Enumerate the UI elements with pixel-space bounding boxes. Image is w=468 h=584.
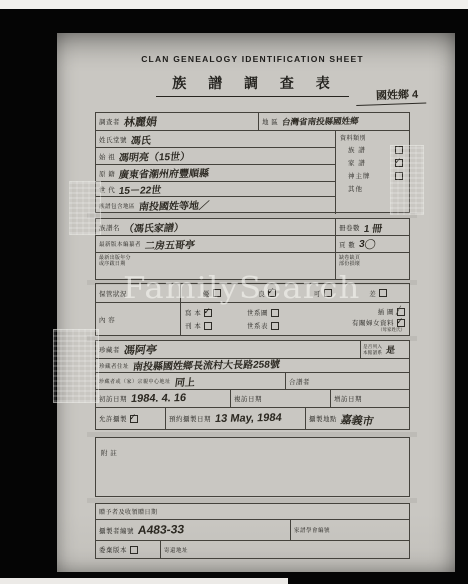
region-value: 台灣省南投縣國姓鄉 — [282, 114, 360, 127]
family-genealogy-checkbox-icon — [395, 159, 403, 167]
block-notes: 附 註 — [95, 437, 410, 497]
volumes-label: 冊卷數 — [339, 223, 360, 232]
women-data-checkbox-icon — [397, 319, 405, 327]
row-generations: 世 代 15－22世 — [96, 182, 335, 197]
content-printed: 刊 本 — [185, 319, 247, 332]
film-place-label: 攝製地點 — [309, 414, 337, 423]
english-title: CLAN GENEALOGY IDENTIFICATION SHEET — [95, 54, 410, 64]
row-coverage: 族譜包含地區 南投國姓等地／ — [96, 197, 335, 214]
clan-genealogy-checkbox-icon — [395, 146, 403, 154]
keeper-address-label: 珍藏者住址 — [99, 362, 129, 370]
content-options: 寫 本 刊 本 世系圖 世系表 插 圖 有關婦女資料 （母家姓氏） — [181, 303, 409, 335]
genealogy-name-value: （馮氏家譜） — [123, 218, 185, 234]
generations-value: 15－22世 — [118, 181, 162, 197]
content-label: 內 容 — [99, 315, 115, 324]
compiler-value: 二房五哥亭 — [144, 236, 196, 252]
material-item-family: 家 譜 — [340, 156, 405, 169]
keeper-value: 馮阿亭 — [123, 341, 158, 358]
return-address-label: 寄還地址 — [164, 546, 188, 554]
material-type-label: 資料類別 — [340, 133, 405, 142]
film-permit-checkbox-icon — [130, 415, 138, 423]
film-number-label: 攝製者編號 — [99, 526, 134, 535]
row-title-volumes: 族譜名 （馮氏家譜） 冊卷數 1 冊 — [96, 219, 409, 236]
discard-checkbox-icon — [130, 546, 138, 554]
pages-value: 3◯ — [359, 238, 377, 249]
co-compiler-label: 合譜者 — [289, 377, 310, 386]
ancestor-label: 始 祖 — [99, 152, 115, 161]
good-checkbox-icon — [268, 289, 276, 297]
block-condition-content: 保管狀況 優 良 可 差 內 容 寫 本 刊 本 — [95, 283, 410, 336]
row-origin: 原 籍 廣東省潮州府豐順縣 — [96, 165, 335, 182]
material-item-clan: 族 譜 — [340, 143, 405, 156]
condition-label: 保管狀況 — [99, 289, 127, 298]
ancestral-tablet-checkbox-icon — [395, 172, 403, 180]
scanner-bottom-strip — [0, 578, 288, 584]
coverage-value: 南投國姓等地／ — [138, 197, 210, 213]
film-number-value: A483-33 — [137, 522, 185, 537]
row-film-number: 攝製者編號 A483-33 家譜學會編號 — [96, 520, 409, 541]
center-address-value: 同上 — [174, 373, 196, 388]
second-visit-label: 複訪日期 — [234, 394, 262, 403]
volumes-value: 1 冊 — [363, 219, 383, 234]
film-date-value: 13 May, 1984 — [214, 411, 282, 424]
surveyor-value: 林麗娟 — [123, 113, 158, 130]
region-label: 地 區 — [262, 117, 278, 126]
row-surveyor-region: 調查者 林麗娟 地 區 台灣省南投縣國姓鄉 — [96, 113, 409, 131]
notes-label: 附 註 — [101, 450, 117, 457]
block-keeper: 珍藏者 馮阿亭 是否列入 本館譜系 是 珍藏者住址 南投縣國姓鄉長流村大長路25… — [95, 340, 410, 430]
center-address-label: 珍藏者或（家）宗親中心地址 — [99, 378, 171, 385]
donor-label: 贈予者及收領贈日期 — [99, 507, 158, 516]
keeper-label: 珍藏者 — [99, 345, 120, 354]
lineage-table-checkbox-icon — [271, 322, 279, 330]
region-cell: 地 區 台灣省南投縣國姓鄉 — [259, 113, 409, 130]
pubyear-label: 最新出版年分 或序跋日期 — [99, 255, 131, 268]
identity-left-column: 姓氏堂號 馮氏 始 祖 馮明亮（15世） 原 籍 廣東省潮州府豐順縣 — [96, 131, 336, 214]
origin-label: 原 籍 — [99, 169, 115, 178]
row-compiler-pages: 最新版本編纂者 二房五哥亭 頁 數 3◯ — [96, 236, 409, 253]
block-edition: 族譜名 （馮氏家譜） 冊卷數 1 冊 最新版本編纂者 二房五哥亭 頁 數 3◯ — [95, 218, 410, 280]
society-number-label: 家譜學會編號 — [294, 526, 330, 534]
condition-good: 良 — [258, 287, 276, 300]
printed-checkbox-icon — [204, 322, 212, 330]
row-visit-dates: 初訪日期 1984. 4. 16 複訪日期 增訪日期 — [96, 390, 409, 408]
genealogy-form-document: CLAN GENEALOGY IDENTIFICATION SHEET 族 譜 … — [57, 33, 455, 572]
row-center-address: 珍藏者或（家）宗親中心地址 同上 合譜者 — [96, 373, 409, 390]
block-admin: 贈予者及收領贈日期 攝製者編號 A483-33 家譜學會編號 委棄版本 — [95, 503, 410, 559]
row-discard: 委棄版本 寄還地址 — [96, 541, 409, 558]
missing-label: 缺卷缺頁 部份損壞 — [339, 255, 360, 268]
scanned-page: CLAN GENEALOGY IDENTIFICATION SHEET 族 譜 … — [0, 0, 468, 584]
listed-value: 是 — [385, 343, 396, 356]
discard-label: 委棄版本 — [99, 545, 127, 554]
content-women-data: 有關婦女資料 （母家姓氏） — [352, 318, 405, 333]
compiler-label: 最新版本編纂者 — [99, 240, 141, 248]
content-lineage-table: 世系表 — [247, 319, 323, 332]
material-type-column: 資料類別 族 譜 家 譜 神主牌 其他 — [336, 131, 409, 214]
listed-label: 是否列入 本館譜系 — [363, 344, 382, 355]
film-permit-label: 允許攝製 — [99, 414, 127, 423]
keeper-address-value: 南投縣國姓鄉長流村大長路258號 — [132, 355, 281, 373]
content-manuscript: 寫 本 — [185, 306, 247, 319]
row-content: 內 容 寫 本 刊 本 世系圖 世系表 插 圖 有關婦女資料 — [96, 303, 409, 335]
first-visit-value: 1984. 4. 16 — [130, 392, 187, 405]
ancestor-value: 馮明亮（15世） — [118, 147, 191, 163]
row-condition: 保管狀況 優 良 可 差 — [96, 284, 409, 303]
women-data-note: （母家姓氏） — [378, 327, 405, 333]
film-date-label: 預約攝製日期 — [169, 414, 211, 423]
surveyor-label: 調查者 — [99, 117, 120, 126]
hall-value: 馮氏 — [130, 131, 152, 146]
coverage-label: 族譜包含地區 — [99, 202, 135, 210]
condition-fair: 可 — [314, 287, 332, 300]
condition-poor: 差 — [369, 287, 387, 300]
illustrations-checkbox-icon — [397, 308, 405, 316]
surveyor-cell: 調查者 林麗娟 — [96, 113, 259, 130]
corner-annotation: 國姓鄉 4 — [319, 87, 459, 106]
content-lineage-chart: 世系圖 — [247, 306, 323, 319]
fair-checkbox-icon — [324, 289, 332, 297]
lineage-chart-checkbox-icon — [271, 309, 279, 317]
condition-excellent: 優 — [203, 287, 221, 300]
row-hall: 姓氏堂號 馮氏 — [96, 131, 335, 148]
addl-visit-label: 增訪日期 — [334, 394, 362, 403]
origin-value: 廣東省潮州府豐順縣 — [118, 164, 210, 181]
condition-options: 優 良 可 差 — [181, 284, 409, 302]
row-filming: 允許攝製 預約攝製日期 13 May, 1984 攝製地點 嘉義市 — [96, 408, 409, 429]
material-item-tablet: 神主牌 — [340, 169, 405, 182]
manuscript-checkbox-icon — [204, 309, 212, 317]
block-identity: 調查者 林麗娟 地 區 台灣省南投縣國姓鄉 姓氏堂號 馮氏 — [95, 112, 410, 213]
row-donor: 贈予者及收領贈日期 — [96, 504, 409, 520]
row-keeper-address: 珍藏者住址 南投縣國姓鄉長流村大長路258號 — [96, 359, 409, 373]
row-pubyear-missing: 最新出版年分 或序跋日期 缺卷缺頁 部份損壞 — [96, 253, 409, 279]
excellent-checkbox-icon — [213, 289, 221, 297]
scanner-top-strip — [0, 0, 468, 9]
row-ancestor: 始 祖 馮明亮（15世） — [96, 148, 335, 165]
pages-label: 頁 數 — [339, 240, 355, 249]
poor-checkbox-icon — [379, 289, 387, 297]
material-item-other: 其他 — [340, 182, 405, 195]
hall-label: 姓氏堂號 — [99, 135, 127, 144]
identity-lower: 姓氏堂號 馮氏 始 祖 馮明亮（15世） 原 籍 廣東省潮州府豐順縣 — [96, 131, 409, 214]
film-place-value: 嘉義市 — [339, 411, 375, 429]
first-visit-label: 初訪日期 — [99, 394, 127, 403]
genealogy-name-label: 族譜名 — [99, 223, 120, 232]
generations-label: 世 代 — [99, 185, 115, 194]
